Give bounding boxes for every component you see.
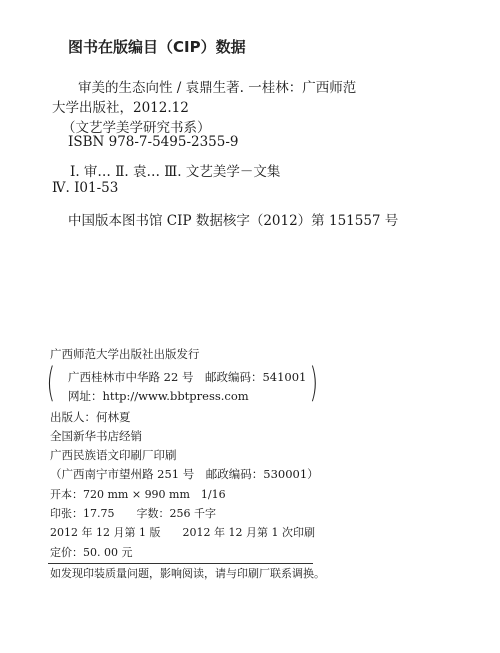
bracket-close: ) [310, 363, 319, 403]
cip-entry-line2: 大学出版社，2012.12 [52, 96, 189, 116]
bracket-open: ( [47, 363, 56, 403]
cip-isbn: ISBN 978-7-5495-2355-9 [68, 134, 239, 150]
cip-heading: 图书在版编目（CIP）数据 [68, 36, 246, 57]
cip-subjects-line2: Ⅳ. I01-53 [52, 180, 118, 196]
cip-series: （文艺学美学研究书系） [62, 116, 211, 136]
printer-line: 广西民族语文印刷厂印刷 [50, 447, 177, 463]
price-line: 定价：50. 00 元 [50, 544, 132, 560]
publisher-address: 广西桂林市中华路 22 号 邮政编码：541001 [68, 369, 306, 385]
seller-line: 全国新华书店经销 [50, 428, 142, 444]
cip-record-number: 中国版本图书馆 CIP 数据核字（2012）第 151557 号 [68, 209, 398, 229]
sheets-words-line: 印张：17.75 字数：256 千字 [50, 505, 216, 521]
publisher-person: 出版人：何林夏 [50, 409, 131, 425]
cip-subjects-line1: Ⅰ. 审… Ⅱ. 袁… Ⅲ. 文艺美学－文集 [70, 160, 280, 180]
distributor-line: 广西师范大学出版社出版发行 [50, 346, 200, 362]
edition-line: 2012 年 12 月第 1 版 2012 年 12 月第 1 次印刷 [50, 524, 315, 540]
printer-address: （广西南宁市望州路 251 号 邮政编码：530001） [50, 466, 319, 482]
cip-entry-line1: 审美的生态向性 / 袁鼎生著. 一桂林：广西师范 [78, 76, 356, 96]
format-line: 开本：720 mm × 990 mm 1/16 [50, 486, 226, 502]
publisher-website: 网址：http://www.bbtpress.com [68, 388, 249, 404]
quality-notice: 如发现印装质量问题，影响阅读，请与印刷厂联系调换。 [50, 565, 325, 581]
divider-rule [48, 563, 313, 564]
